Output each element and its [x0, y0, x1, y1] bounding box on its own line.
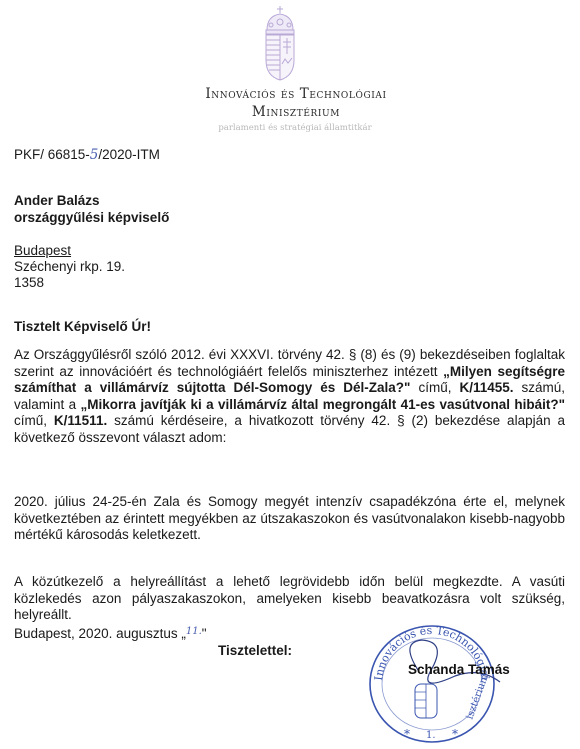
reference-suffix: /2020-ITM [98, 147, 160, 162]
addressee-city: Budapest [14, 243, 71, 258]
p1-text-4: című, [14, 413, 54, 428]
question-2-title: „Mikorra javítják ki a villámárvíz által… [80, 397, 565, 412]
date-close-quote: " [202, 626, 207, 641]
question-1-number: K/11455. [459, 380, 513, 395]
signer-name: Schanda Tamás [408, 662, 510, 677]
addressee-title: országgyűlési képviselő [14, 210, 169, 225]
p1-text-2: című, [410, 380, 459, 395]
svg-text:*: * [404, 727, 410, 741]
body-paragraph-1: Az Országgyűlésről szóló 2012. évi XXXVI… [14, 347, 565, 447]
svg-text:isztérium: isztérium [464, 672, 491, 721]
addressee-postcode: 1358 [14, 275, 44, 290]
date-handwritten-day: 11. [186, 626, 202, 637]
reference-prefix: PKF/ 66815- [14, 147, 90, 162]
ministry-stamp-icon: Innovációs és Technológiai Min isztérium… [360, 612, 510, 747]
salutation: Tisztelt Képviselő Úr! [14, 319, 151, 334]
hungarian-coat-of-arms-icon [259, 4, 305, 82]
department-name: parlamenti és stratégiai államtitkár [0, 123, 580, 133]
svg-text:1.: 1. [426, 730, 436, 741]
addressee-name: Ander Balázs [14, 193, 100, 208]
date-text: Budapest, 2020. augusztus „ [14, 626, 186, 641]
body-paragraph-2: 2020. július 24-25-én Zala és Somogy meg… [14, 494, 565, 544]
svg-text:*: * [452, 727, 458, 741]
closing-phrase: Tisztelettel: [218, 643, 292, 658]
addressee-street: Széchenyi rkp. 19. [14, 259, 125, 274]
ministry-name-line1: Innovációs és Technológiai [0, 86, 580, 102]
ministry-name-line2: Minisztérium [0, 104, 580, 120]
date-line: Budapest, 2020. augusztus „11." [14, 626, 207, 641]
reference-number: PKF/ 66815-5/2020-ITM [14, 147, 160, 163]
question-2-number: K/11511. [54, 413, 107, 428]
